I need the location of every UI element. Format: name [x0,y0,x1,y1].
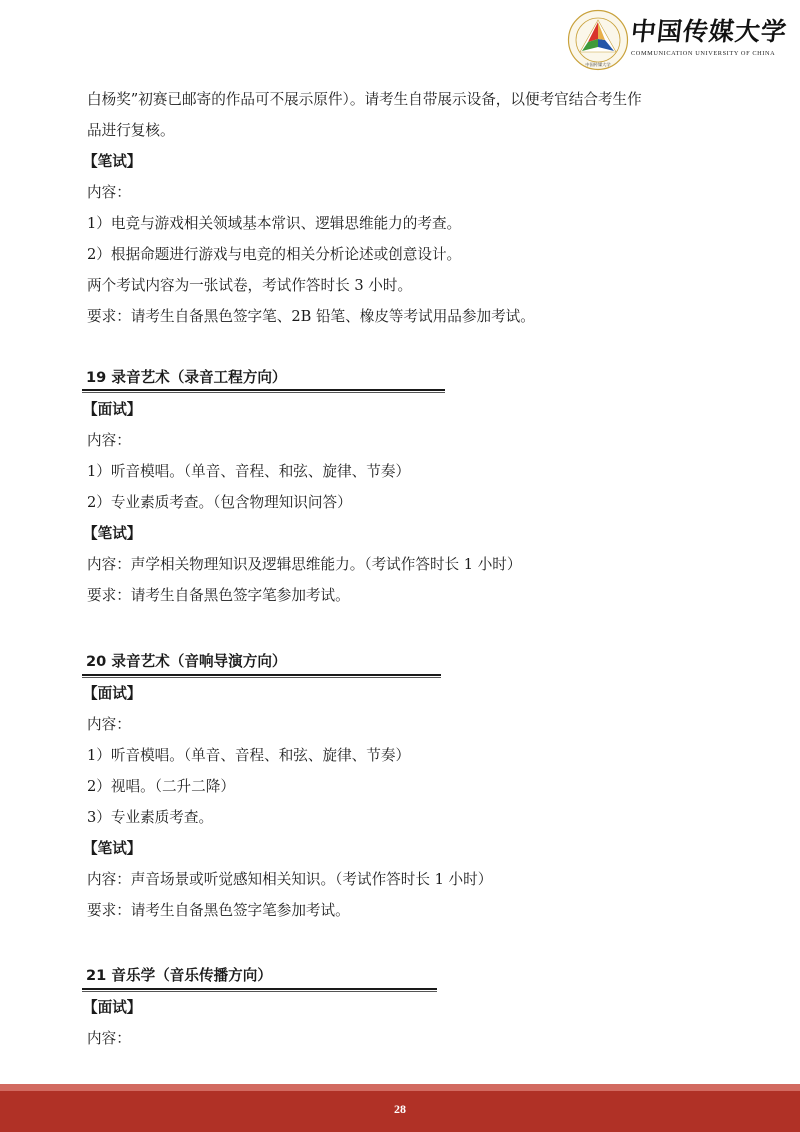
paragraph-line: 2）根据命题进行游戏与电竞的相关分析论述或创意设计。 [87,245,461,265]
paragraph-line: 内容： [87,183,131,203]
paragraph-line: 内容：声学相关物理知识及逻辑思维能力。（考试作答时长 1 小时） [87,555,521,575]
footer-accent-strip [0,1084,800,1091]
paragraph-line: 内容： [87,1029,131,1049]
written-exam-label: 【笔试】 [83,524,141,544]
paragraph-line: 1）听音模唱。（单音、音程、和弦、旋律、节奏） [87,746,410,766]
heading-double-rule [82,988,437,992]
section-heading: 21 音乐学（音乐传播方向） [86,966,272,986]
paragraph-line: 1）听音模唱。（单音、音程、和弦、旋律、节奏） [87,462,410,482]
logo-chinese-name: 中国传媒大学 [629,17,782,47]
section-heading: 19 录音艺术（录音工程方向） [86,368,287,388]
paragraph-line: 2）专业素质考查。（包含物理知识问答） [87,493,352,513]
paragraph-line: 内容： [87,715,131,735]
document-page: 中国传媒大学 中国传媒大学 COMMUNICATION UNIVERSITY O… [0,0,800,1132]
page-number: 28 [0,1102,800,1117]
written-exam-label: 【笔试】 [83,839,141,859]
university-logo: 中国传媒大学 中国传媒大学 COMMUNICATION UNIVERSITY O… [567,9,782,71]
interview-label: 【面试】 [83,684,141,704]
written-exam-label: 【笔试】 [83,152,141,172]
paragraph-line: 内容：声音场景或听觉感知相关知识。（考试作答时长 1 小时） [87,870,492,890]
interview-label: 【面试】 [83,400,141,420]
heading-double-rule [82,674,441,678]
logo-english-name: COMMUNICATION UNIVERSITY OF CHINA [631,50,781,57]
section-heading: 20 录音艺术（音响导演方向） [86,652,287,672]
university-emblem-icon: 中国传媒大学 [567,9,629,71]
paragraph-line: 1）电竞与游戏相关领域基本常识、逻辑思维能力的考查。 [87,214,461,234]
paragraph-line: 2）视唱。（二升二降） [87,777,235,797]
paragraph-line: 要求：请考生自备黑色签字笔、2B 铅笔、橡皮等考试用品参加考试。 [87,307,535,327]
interview-label: 【面试】 [83,998,141,1018]
logo-wordmark: 中国传媒大学 COMMUNICATION UNIVERSITY OF CHINA [631,17,781,57]
paragraph-line: 两个考试内容为一张试卷，考试作答时长 3 小时。 [87,276,412,296]
paragraph-line: 内容： [87,431,131,451]
paragraph-line: 3）专业素质考查。 [87,808,213,828]
heading-double-rule [82,389,445,393]
paragraph-line: 白杨奖”初赛已邮寄的作品可不展示原件）。请考生自带展示设备，以便考官结合考生作 [87,90,642,110]
paragraph-line: 品进行复核。 [87,121,175,141]
paragraph-line: 要求：请考生自备黑色签字笔参加考试。 [87,901,350,921]
paragraph-line: 要求：请考生自备黑色签字笔参加考试。 [87,586,350,606]
svg-text:中国传媒大学: 中国传媒大学 [585,61,611,68]
